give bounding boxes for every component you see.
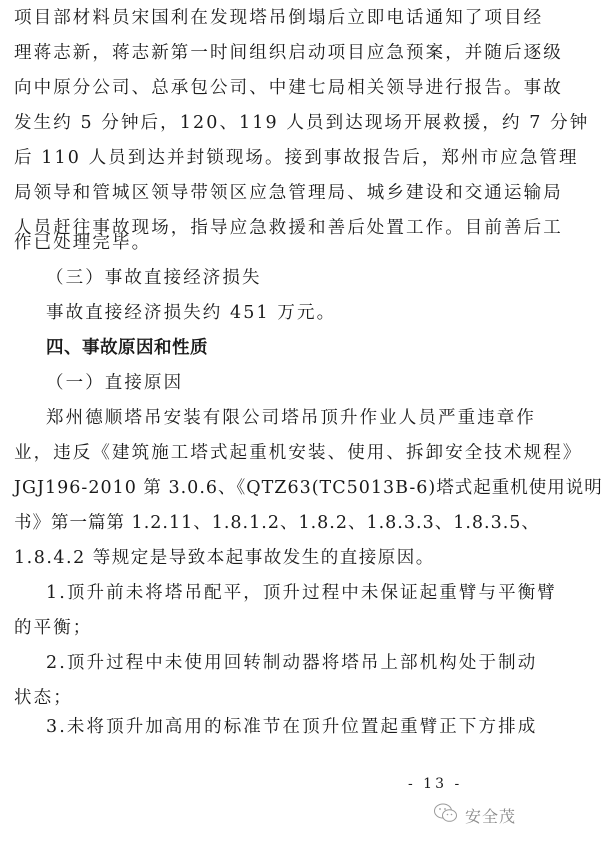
paragraph-line: 后 110 人员到达并封锁现场。接到事故报告后，郑州市应急管理 [14, 146, 579, 170]
paragraph-line: 郑州德顺塔吊安装有限公司塔吊顶升作业人员严重违章作 [46, 406, 536, 430]
list-item: 3.未将顶升加高用的标准节在顶升位置起重臂正下方排成 [46, 715, 537, 739]
chapter-heading-causes: 四、事故原因和性质 [46, 336, 208, 360]
paragraph-line: 发生约 5 分钟后，120、119 人员到达现场开展救援，约 7 分钟 [14, 111, 589, 135]
section-heading-economic-loss: （三）事故直接经济损失 [46, 266, 262, 290]
list-item-continuation: 的平衡； [14, 616, 92, 640]
paragraph-line: 理蒋志新，蒋志新第一时间组织启动项目应急预案，并随后逐级 [14, 41, 563, 65]
watermark: 安全茂 [433, 802, 516, 828]
paragraph-line: 事故直接经济损失约 451 万元。 [46, 301, 336, 325]
list-item: 1.顶升前未将塔吊配平，顶升过程中未保证起重臂与平衡臂 [46, 581, 557, 605]
paragraph-line: 业，违反《建筑施工塔式起重机安装、使用、拆卸安全技术规程》 [14, 441, 582, 465]
wechat-icon [433, 802, 459, 828]
section-heading-direct-cause: （一）直接原因 [46, 371, 183, 395]
paragraph-line: 向中原分公司、总承包公司、中建七局相关领导进行报告。事故 [14, 76, 563, 100]
list-item-continuation: 状态； [14, 686, 73, 710]
list-item: 2.顶升过程中未使用回转制动器将塔吊上部机构处于制动 [46, 651, 537, 675]
paragraph-line: 书》第一篇第 1.2.11、1.8.1.2、1.8.2、1.8.3.3、1.8.… [14, 511, 540, 535]
paragraph-line: 局领导和管城区领导带领区应急管理局、城乡建设和交通运输局 [14, 181, 563, 205]
watermark-text: 安全茂 [465, 804, 516, 827]
paragraph-line: 1.8.4.2 等规定是导致本起事故发生的直接原因。 [14, 546, 435, 570]
page-number: - 13 - [408, 776, 462, 792]
paragraph-line: 作已处理完毕。 [14, 231, 151, 255]
paragraph-line: 项目部材料员宋国利在发现塔吊倒塌后立即电话通知了项目经 [14, 6, 543, 30]
document-page: 项目部材料员宋国利在发现塔吊倒塌后立即电话通知了项目经 理蒋志新，蒋志新第一时间… [0, 0, 602, 865]
paragraph-line: JGJ196-2010 第 3.0.6、《QTZ63(TC5013B-6)塔式起… [14, 476, 602, 500]
